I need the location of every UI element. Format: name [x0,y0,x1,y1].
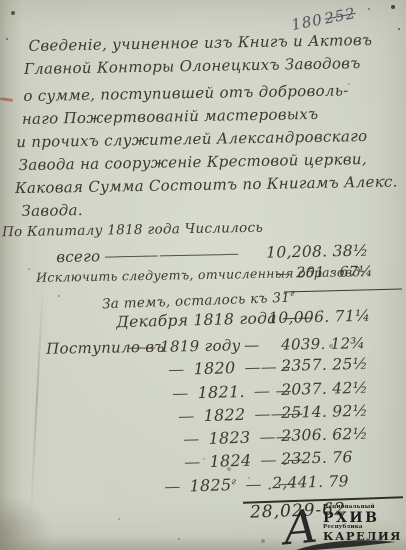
row-amount: 2357. 25½ [281,355,368,375]
row-year: 1823 [208,428,250,448]
manuscript-page: 180252 Сведеніе, учиненное изъ Книгъ и А… [0,0,406,550]
row-label: всего [56,247,100,266]
row-amount: 2037. 42½ [281,379,368,399]
quill-feather-icon [294,537,398,550]
paper-crease [30,280,44,515]
dash-leader: — [276,266,289,281]
row-year: 1824 [209,451,251,471]
archive-stamp: А Национальный РХИВ Республика КАРЕЛИЯ [280,500,406,550]
ledger-row-received-1819: Поступило въ —— 1819 году — 4039. 12¾ [0,333,406,340]
superscript: г [231,477,236,487]
ledger-row-1825: —1825г— . — 2,441. 79 [0,471,406,482]
age-spots [0,0,2,2]
dash-leader: —— [128,338,154,356]
row-amount: 2514. 92½ [281,402,368,422]
row-year: 1825 [189,475,231,495]
dash: — [172,383,189,402]
ledger-row-total-1818: всего ———— —————— 10,208. 38½ [0,241,406,250]
ledger-row-1821: —1821.— — 2037. 42½ [0,378,406,389]
subtraction-underline [284,288,402,292]
row-year: 1820 [193,358,235,378]
dash: — [178,406,195,425]
stamp-word-arkhiv: РХИВ [323,511,402,525]
folio-crossed-number: 252 [323,4,357,28]
row-amount: 2325. 76 [281,448,353,468]
row-year: 1822 [203,405,245,425]
ledger-row-1822: —1822——— 2514. 92½ [0,401,406,412]
ledger-row-1824: —1824— .— 2325. 76 [0,447,406,458]
superscript: г [290,289,295,299]
balance-date-text: Декабря 1818 года [116,309,277,331]
dash-leader: ———— —————— [104,244,237,265]
row-amount: 2,441. 79 [272,472,349,492]
dash: — [184,452,201,471]
balance-amount: 10,006. 71¼ [268,307,371,328]
row-amount: 4039. 12¾ [281,334,365,353]
ledger-row-1823: —1823—— 2306. 62½ [0,424,406,435]
row-amount: 201 · 67¼ [296,264,373,281]
dash-leader: — [244,336,260,354]
row-amount: 10,208. 38½ [266,242,368,262]
row-year: 1819 году [160,336,241,355]
row-amount: 2306. 62½ [281,425,368,445]
heading-paragraph: Сведеніе, учиненное изъ Книгъ и Актовъ Г… [0,29,394,224]
dash: — [164,477,181,496]
dash: — [183,429,200,448]
row-year: 1821. [197,382,245,402]
dash: — [168,359,185,378]
ledger-section-title: По Капиталу 1818 года Числилось [2,220,263,241]
